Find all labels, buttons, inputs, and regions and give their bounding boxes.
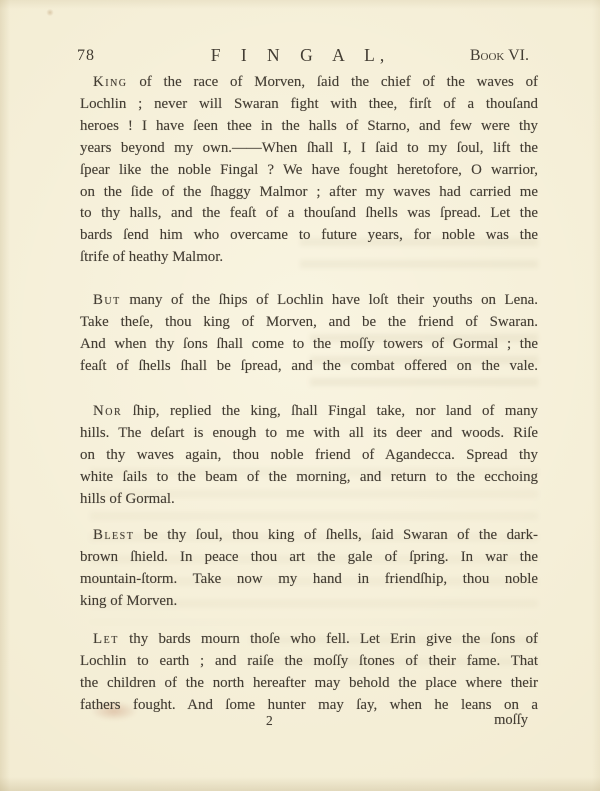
- paragraph-4: Blest be thy ſoul, thou king of ſhells, …: [80, 525, 538, 613]
- text-line: king of Morven.: [80, 591, 538, 613]
- catchword: moſſy: [494, 710, 528, 732]
- text-line: feaſt of ſhells ſhall be ſpread, and the…: [80, 356, 538, 378]
- paragraph-lead-word: Nor: [93, 403, 122, 419]
- text-line: Take theſe, thou king of Morven, and be …: [80, 312, 538, 334]
- text-line: on the ſide of the ſhaggy Malmor ; after…: [80, 182, 538, 204]
- line-text: many of the ſhips of Lochlin have loſt t…: [129, 292, 538, 308]
- text-line: hills of Gormal.: [80, 489, 538, 511]
- paragraph-lead-word: Let: [93, 631, 119, 647]
- book-chapter-label: Book VI.: [470, 47, 529, 65]
- text-line: Lochlin to earth ; and raiſe the moſſy ſ…: [80, 651, 538, 673]
- text-line: heroes ! I have ſeen thee in the halls o…: [80, 116, 538, 138]
- text-line: bards ſend him who overcame to future ye…: [80, 225, 538, 247]
- paragraph-1: King of the race of Morven, ſaid the chi…: [80, 72, 538, 269]
- line-text: thy bards mourn thoſe who fell. Let Erin…: [129, 631, 538, 647]
- paragraph-2: But many of the ſhips of Lochlin have lo…: [80, 290, 538, 378]
- text-line: years beyond my own.——When ſhall I, I ſa…: [80, 138, 538, 160]
- page-header: 78 F I N G A L, Book VI.: [0, 45, 600, 69]
- text-line: Blest be thy ſoul, thou king of ſhells, …: [80, 525, 538, 547]
- page-footer: 2 moſſy: [80, 710, 528, 732]
- paragraph-lead-word: But: [93, 292, 121, 308]
- line-text: be thy ſoul, thou king of ſhells, ſaid S…: [144, 527, 538, 543]
- signature-mark: 2: [266, 710, 273, 732]
- text-line: hills. The deſart is enough to me with a…: [80, 423, 538, 445]
- text-line: King of the race of Morven, ſaid the chi…: [80, 72, 538, 94]
- book-numeral: VI.: [508, 47, 529, 64]
- text-line: brown ſhield. In peace thou art the gale…: [80, 547, 538, 569]
- paragraph-3: Nor ſhip, replied the king, ſhall Fingal…: [80, 401, 538, 511]
- scanned-book-page: 78 F I N G A L, Book VI. King of the rac…: [0, 0, 600, 791]
- paper-speck: [46, 9, 54, 16]
- text-line: Nor ſhip, replied the king, ſhall Fingal…: [80, 401, 538, 423]
- text-line: Lochlin ; never will Swaran fight with t…: [80, 94, 538, 116]
- paragraph-lead-word: Blest: [93, 527, 134, 543]
- book-word: Book: [470, 47, 505, 64]
- line-text: ſhip, replied the king, ſhall Fingal tak…: [133, 403, 538, 419]
- paragraph-lead-word: King: [93, 74, 128, 90]
- text-line: the children of the north hereafter may …: [80, 673, 538, 695]
- text-line: on thy waves again, thou noble friend of…: [80, 445, 538, 467]
- line-text: of the race of Morven, ſaid the chief of…: [139, 74, 538, 90]
- paragraph-5: Let thy bards mourn thoſe who fell. Let …: [80, 629, 538, 717]
- text-line: to thy halls, and the feaſt of a thouſan…: [80, 203, 538, 225]
- text-line: But many of the ſhips of Lochlin have lo…: [80, 290, 538, 312]
- text-line: Let thy bards mourn thoſe who fell. Let …: [80, 629, 538, 651]
- text-line: white ſails to the beam of the morning, …: [80, 467, 538, 489]
- text-line: ſpear like the noble Fingal ? We have fo…: [80, 160, 538, 182]
- text-line: mountain-ſtorm. Take now my hand in frie…: [80, 569, 538, 591]
- text-line: ſtrife of heathy Malmor.: [80, 247, 538, 269]
- text-line: And when thy ſons ſhall come to the moſſ…: [80, 334, 538, 356]
